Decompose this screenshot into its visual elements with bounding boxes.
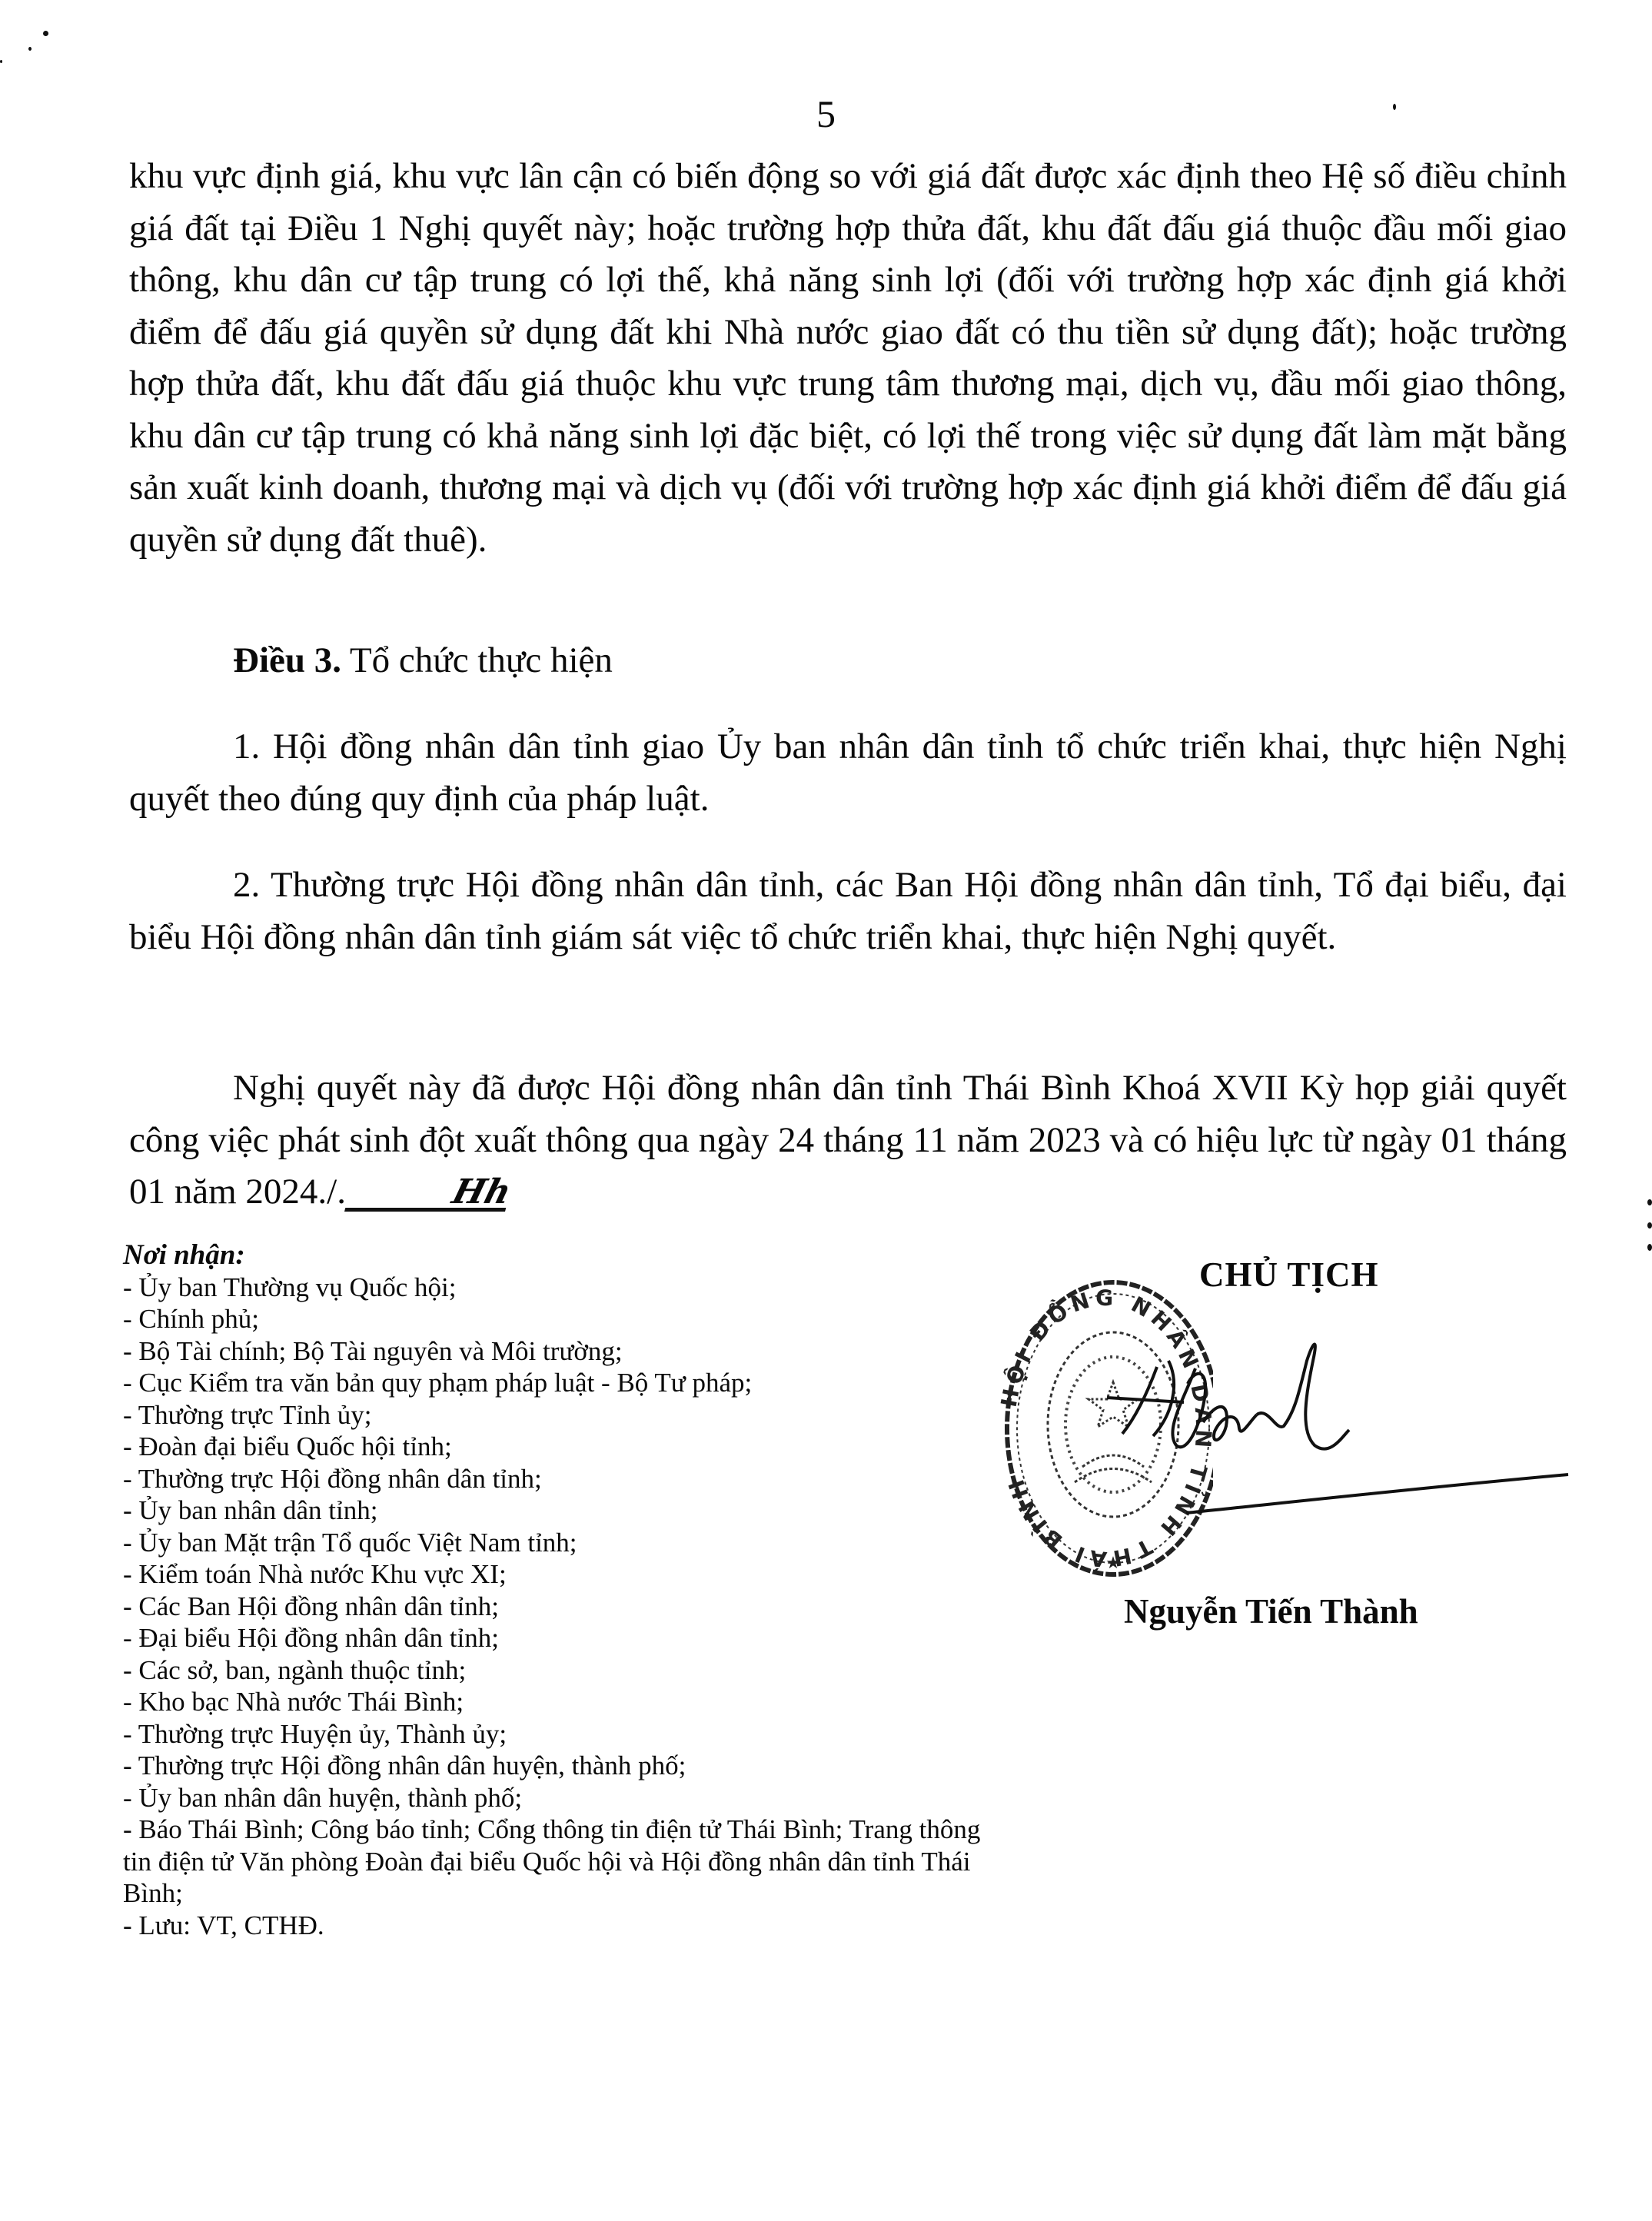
recipient-item: - Thường trực Huyện ủy, Thành ủy; — [123, 1718, 984, 1751]
signer-name: Nguyễn Tiến Thành — [1124, 1591, 1418, 1631]
recipient-item: - Kiểm toán Nhà nước Khu vực XI; — [123, 1558, 984, 1591]
recipient-item: - Kho bạc Nhà nước Thái Bình; — [123, 1686, 984, 1718]
recipient-item: - Ủy ban Thường vụ Quốc hội; — [123, 1272, 984, 1304]
recipient-item: - Đoàn đại biểu Quốc hội tỉnh; — [123, 1431, 984, 1463]
scan-artifact — [43, 31, 48, 36]
recipient-item: - Các sở, ban, ngành thuộc tỉnh; — [123, 1654, 984, 1687]
recipient-item: - Bộ Tài chính; Bộ Tài nguyên và Môi trư… — [123, 1335, 984, 1368]
continuation-paragraph: khu vực định giá, khu vực lân cận có biế… — [129, 151, 1567, 566]
recipients-list: - Ủy ban Thường vụ Quốc hội; - Chính phủ… — [123, 1272, 984, 1942]
article-3-heading: Điều 3. Tổ chức thực hiện — [129, 635, 1567, 687]
recipient-item: - Ủy ban Mặt trận Tổ quốc Việt Nam tỉnh; — [123, 1527, 984, 1559]
recipient-item: - Cục Kiểm tra văn bản quy phạm pháp luậ… — [123, 1367, 984, 1399]
initials-mark: Hh — [344, 1177, 514, 1212]
recipients-block: Nơi nhận: - Ủy ban Thường vụ Quốc hội; -… — [123, 1239, 984, 1941]
scan-artifact — [0, 60, 2, 63]
recipient-item: - Các Ban Hội đồng nhân dân tỉnh; — [123, 1591, 984, 1623]
article-3-clause-2: 2. Thường trực Hội đồng nhân dân tỉnh, c… — [129, 859, 1567, 963]
article-3-label: Điều 3. — [233, 640, 341, 680]
recipient-item: - Lưu: VT, CTHĐ. — [123, 1910, 984, 1942]
recipient-item: - Chính phủ; — [123, 1303, 984, 1335]
recipient-item: - Thường trực Tỉnh ủy; — [123, 1399, 984, 1431]
closing-paragraph: Nghị quyết này đã được Hội đồng nhân dân… — [129, 1062, 1567, 1219]
recipient-item: - Thường trực Hội đồng nhân dân tỉnh; — [123, 1463, 984, 1495]
page-number: 5 — [0, 91, 1652, 137]
scan-artifact — [1647, 1199, 1652, 1205]
recipient-item: - Ủy ban nhân dân tỉnh; — [123, 1495, 984, 1527]
recipients-title: Nơi nhận: — [123, 1239, 984, 1272]
recipient-item: - Đại biểu Hội đồng nhân dân tỉnh; — [123, 1622, 984, 1654]
scan-artifact — [1647, 1222, 1652, 1229]
recipient-item: - Thường trực Hội đồng nhân dân huyện, t… — [123, 1750, 984, 1782]
article-3-title: Tổ chức thực hiện — [341, 640, 613, 680]
recipient-item: - Báo Thái Bình; Công báo tỉnh; Cổng thô… — [123, 1814, 984, 1910]
scan-artifact — [28, 47, 32, 51]
signature-block: HỘI ĐỒNG NHÂN DÂN TỈNH THÁI BÌNH ★ CHỦ T… — [992, 1230, 1652, 1661]
recipient-item: - Ủy ban nhân dân huyện, thành phố; — [123, 1782, 984, 1814]
article-3-clause-1: 1. Hội đồng nhân dân tỉnh giao Ủy ban nh… — [129, 721, 1567, 825]
closing-text: Nghị quyết này đã được Hội đồng nhân dân… — [129, 1068, 1567, 1212]
